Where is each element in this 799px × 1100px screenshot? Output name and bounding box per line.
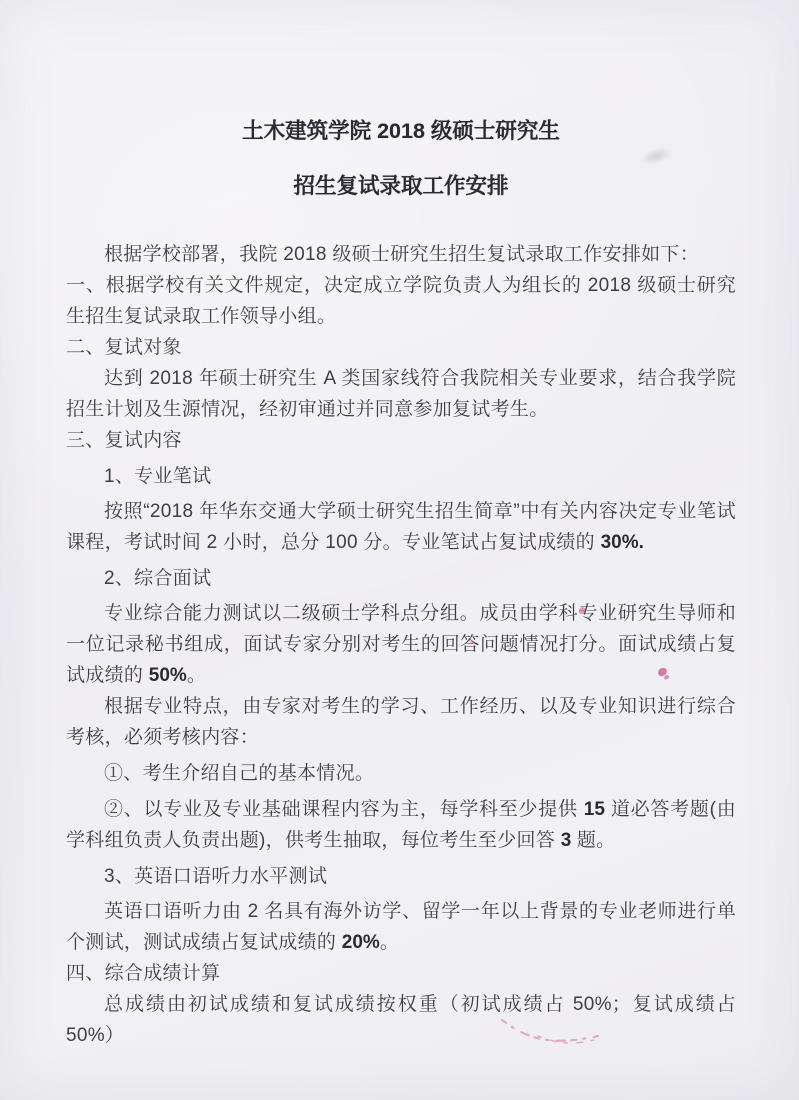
item-3-paragraph: 英语口语听力由 2 名具有海外访学、留学一年以上背景的专业老师进行单个测试，测试…: [66, 896, 736, 958]
text-segment: ①、考生介绍自己的基本情况。: [104, 763, 374, 784]
section-1-paragraph: 一、根据学校有关文件规定，决定成立学院负责人为组长的 2018 级硕士研究生招生…: [66, 270, 736, 332]
section-3-heading: 三、复试内容: [66, 425, 736, 456]
document-content: 土木建筑学院 2018 级硕士研究生招生复试录取工作安排根据学校部署，我院 20…: [66, 116, 736, 1051]
text-segment: 3: [561, 830, 572, 851]
text-segment: 题。: [571, 830, 615, 851]
doc-title-line-2: 招生复试录取工作安排: [66, 171, 736, 201]
text-segment: 根据学校部署，我院 2018 级硕士研究生招生复试录取工作安排如下：: [104, 244, 699, 265]
item-2-heading: 2、综合面试: [66, 563, 736, 594]
scanned-document-page: 土木建筑学院 2018 级硕士研究生招生复试录取工作安排根据学校部署，我院 20…: [0, 0, 799, 1100]
item-3-heading: 3、英语口语听力水平测试: [66, 861, 736, 892]
text-segment: 总成绩由初试成绩和复试成绩按权重（初试成绩占 50%；复试成绩占 50%）: [66, 994, 736, 1046]
text-segment: 根据专业特点，由专家对考生的学习、工作经历、以及专业知识进行综合考核，必须考核内…: [66, 696, 736, 748]
text-segment: 三、复试内容: [66, 430, 182, 451]
text-segment: 。: [380, 932, 399, 953]
section-4-heading: 四、综合成绩计算: [66, 958, 736, 989]
section-2-heading: 二、复试对象: [66, 332, 736, 363]
text-segment: 50%: [149, 665, 187, 686]
text-segment: 3、英语口语听力水平测试: [104, 866, 327, 887]
item-1-paragraph: 按照“2018 年华东交通大学硕士研究生招生简章”中有关内容决定专业笔试课程，考…: [66, 496, 736, 558]
text-segment: 英语口语听力由 2 名具有海外访学、留学一年以上背景的专业老师进行单个测试，测试…: [66, 901, 736, 953]
text-segment: 30%.: [601, 532, 644, 553]
item-1-heading: 1、专业笔试: [66, 461, 736, 492]
text-segment: 二、复试对象: [66, 337, 182, 358]
section-4-paragraph: 总成绩由初试成绩和复试成绩按权重（初试成绩占 50%；复试成绩占 50%）: [66, 989, 736, 1051]
item-2-paragraph: 专业综合能力测试以二级硕士学科点分组。成员由学科专业研究生导师和一位记录秘书组成…: [66, 598, 736, 691]
circled-item-1: ①、考生介绍自己的基本情况。: [66, 758, 736, 789]
text-segment: 达到 2018 年硕士研究生 A 类国家线符合我院相关专业要求，结合我学院招生计…: [66, 368, 736, 420]
item-2-note-paragraph: 根据专业特点，由专家对考生的学习、工作经历、以及专业知识进行综合考核，必须考核内…: [66, 691, 736, 753]
text-segment: 1、专业笔试: [104, 466, 211, 487]
text-segment: 15: [584, 799, 605, 820]
text-segment: 20%: [342, 932, 380, 953]
text-segment: 2、综合面试: [104, 568, 211, 589]
text-segment: 土木建筑学院 2018 级硕士研究生: [242, 119, 560, 143]
text-segment: 一、根据学校有关文件规定，决定成立学院负责人为组长的 2018 级硕士研究生招生…: [66, 275, 736, 327]
section-2-paragraph: 达到 2018 年硕士研究生 A 类国家线符合我院相关专业要求，结合我学院招生计…: [66, 363, 736, 425]
text-segment: 。: [187, 665, 206, 686]
text-segment: ②、以专业及专业基础课程内容为主，每学科至少提供: [104, 799, 584, 820]
circled-item-2: ②、以专业及专业基础课程内容为主，每学科至少提供 15 道必答考题(由学科组负责…: [66, 794, 736, 856]
intro-paragraph: 根据学校部署，我院 2018 级硕士研究生招生复试录取工作安排如下：: [66, 239, 736, 270]
text-segment: 四、综合成绩计算: [66, 963, 220, 984]
text-segment: 招生复试录取工作安排: [293, 174, 508, 198]
doc-title-line-1: 土木建筑学院 2018 级硕士研究生: [66, 116, 736, 146]
